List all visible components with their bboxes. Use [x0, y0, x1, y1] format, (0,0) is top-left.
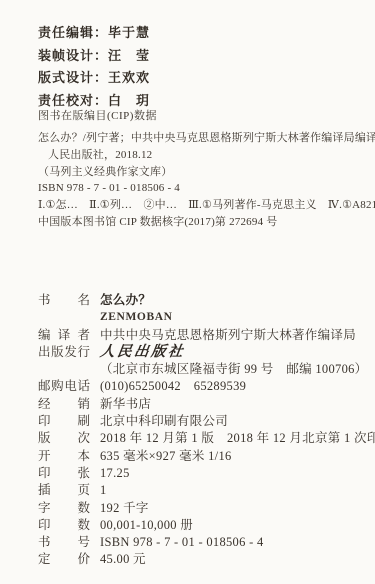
- isbn-value: ISBN 978 - 7 - 01 - 018506 - 4: [100, 534, 264, 551]
- row-pinyin-title: ZENMOBAN: [38, 309, 367, 326]
- row-print-run: 印数00,001-10,000 册: [38, 517, 367, 534]
- credit-name: 白 玥: [108, 93, 150, 108]
- row-label: 印数: [38, 517, 90, 534]
- row-label: 经销: [38, 396, 90, 413]
- row-label: 书名: [38, 292, 90, 309]
- row-label: 书号: [38, 534, 90, 551]
- cip-classification-line: Ⅰ.①怎… Ⅱ.①列… ②中… Ⅲ.①马列著作-马克思主义 Ⅳ.①A821: [38, 197, 361, 214]
- credit-name: 汪 莹: [108, 48, 150, 63]
- row-publisher: 出版发行人民出版社: [38, 344, 367, 361]
- cip-block: 图书在版编目(CIP)数据 怎么办？/列宁著；中共中央马克思恩格斯列宁斯大林著作…: [38, 108, 361, 231]
- credit-label: 责任校对：: [38, 93, 108, 108]
- row-word-count: 字数192 千字: [38, 500, 367, 517]
- credit-label: 责任编辑：: [38, 25, 108, 40]
- row-book-title: 书名怎么办？: [38, 292, 367, 309]
- row-label: 印张: [38, 465, 90, 482]
- cip-title-line: 怎么办？/列宁著；中共中央马克思恩格斯列宁斯大林著作编译局编译. —北京：: [38, 130, 361, 147]
- cip-publisher-line: 人民出版社，2018.12: [38, 147, 361, 164]
- cip-series-line: （马列主义经典作家文库）: [38, 164, 361, 181]
- format-value: 635 毫米×927 毫米 1/16: [100, 448, 232, 465]
- row-isbn: 书号ISBN 978 - 7 - 01 - 018506 - 4: [38, 534, 367, 551]
- credit-name: 毕于慧: [108, 25, 150, 40]
- phone-value: (010)65250042 65289539: [100, 378, 246, 395]
- row-label: 字数: [38, 500, 90, 517]
- credit-label: 装帧设计：: [38, 48, 108, 63]
- row-label: 版次: [38, 430, 90, 447]
- credit-row-layout-design: 版式设计：王欢欢: [38, 67, 150, 90]
- row-format: 开本635 毫米×927 毫米 1/16: [38, 448, 367, 465]
- publisher-address-value: （北京市东城区隆福寺街 99 号 邮编 100706）: [100, 361, 367, 378]
- row-label: 出版发行: [38, 344, 90, 361]
- row-label: 编译者: [38, 327, 90, 344]
- row-price: 定价45.00 元: [38, 551, 367, 568]
- pinyin-title-value: ZENMOBAN: [100, 309, 173, 326]
- row-label: 印刷: [38, 413, 90, 430]
- credit-label: 版式设计：: [38, 70, 108, 85]
- row-label: 定价: [38, 551, 90, 568]
- row-translator: 编译者中共中央马克思恩格斯列宁斯大林著作编译局: [38, 327, 367, 344]
- row-inserts: 插页1: [38, 482, 367, 499]
- translator-value: 中共中央马克思恩格斯列宁斯大林著作编译局: [100, 327, 356, 344]
- cip-header: 图书在版编目(CIP)数据: [38, 108, 361, 125]
- credit-row-editor: 责任编辑：毕于慧: [38, 22, 150, 45]
- row-distributor: 经销新华书店: [38, 396, 367, 413]
- imprint-page: 责任编辑：毕于慧 装帧设计：汪 莹 版式设计：王欢欢 责任校对：白 玥 图书在版…: [0, 0, 375, 584]
- credit-name: 王欢欢: [108, 70, 150, 85]
- cip-record-number-line: 中国版本图书馆 CIP 数据核字(2017)第 272694 号: [38, 214, 361, 231]
- row-printer: 印刷北京中科印刷有限公司: [38, 413, 367, 430]
- price-value: 45.00 元: [100, 551, 146, 568]
- row-sheets: 印张17.25: [38, 465, 367, 482]
- row-mail-order-phone: 邮购电话(010)65250042 65289539: [38, 378, 367, 395]
- credit-row-binding-design: 装帧设计：汪 莹: [38, 45, 150, 68]
- colophon-block: 书名怎么办？ ZENMOBAN 编译者中共中央马克思恩格斯列宁斯大林著作编译局 …: [38, 292, 367, 569]
- printer-value: 北京中科印刷有限公司: [100, 413, 228, 430]
- edition-value: 2018 年 12 月第 1 版 2018 年 12 月北京第 1 次印刷: [100, 430, 375, 447]
- publisher-logotype: 人民出版社: [99, 344, 186, 361]
- cip-isbn-line: ISBN 978 - 7 - 01 - 018506 - 4: [38, 180, 361, 197]
- inserts-value: 1: [100, 482, 107, 499]
- editor-credits: 责任编辑：毕于慧 装帧设计：汪 莹 版式设计：王欢欢 责任校对：白 玥: [38, 22, 150, 112]
- book-title-value: 怎么办？: [100, 292, 151, 309]
- word-count-value: 192 千字: [100, 500, 149, 517]
- row-label: 开本: [38, 448, 90, 465]
- distributor-value: 新华书店: [100, 396, 151, 413]
- print-run-value: 00,001-10,000 册: [100, 517, 193, 534]
- row-label: 邮购电话: [38, 378, 90, 395]
- row-publisher-address: （北京市东城区隆福寺街 99 号 邮编 100706）: [38, 361, 367, 378]
- row-edition: 版次2018 年 12 月第 1 版 2018 年 12 月北京第 1 次印刷: [38, 430, 367, 447]
- row-label: 插页: [38, 482, 90, 499]
- sheets-value: 17.25: [100, 465, 130, 482]
